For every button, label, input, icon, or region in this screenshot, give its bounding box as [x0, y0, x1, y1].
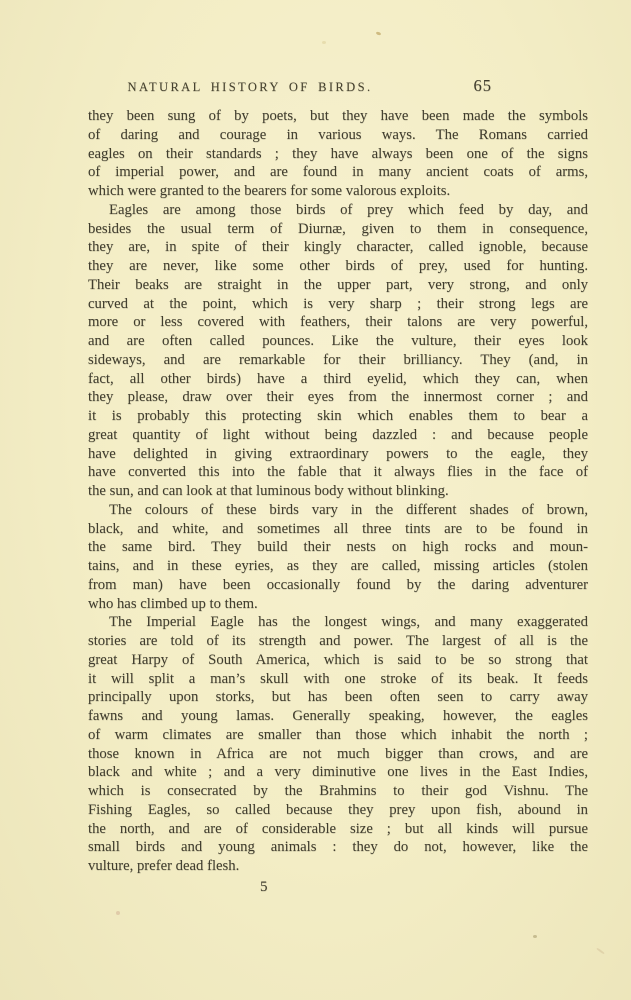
- paper-speck: [322, 41, 326, 44]
- text-line: besides the usual term of Diurnæ, given …: [88, 220, 588, 239]
- text-line: of warm climates are smaller than those …: [88, 726, 588, 745]
- text-line: they are never, like some other birds of…: [88, 257, 588, 276]
- text-line: small birds and young animals : they do …: [88, 838, 588, 857]
- text-line: of imperial power, and are found in many…: [88, 163, 588, 182]
- text-line: principally upon storks, but has been of…: [88, 688, 588, 707]
- text-line: they please, draw over their eyes from t…: [88, 388, 588, 407]
- page-number: 65: [474, 76, 493, 96]
- paragraph: The Imperial Eagle has the longest wings…: [88, 613, 588, 876]
- text-line: of daring and courage in various ways. T…: [88, 126, 588, 145]
- text-line: black, and white, and sometimes all thre…: [88, 520, 588, 539]
- text-line: from man) have been occasionally found b…: [88, 576, 588, 595]
- text-line: Their beaks are straight in the upper pa…: [88, 276, 588, 295]
- text-line: eagles on their standards ; they have al…: [88, 145, 588, 164]
- book-page-scan: NATURAL HISTORY OF BIRDS. 65 they been s…: [0, 0, 631, 1000]
- text-line: it will split a man’s skull with one str…: [88, 670, 588, 689]
- paragraph: they been sung of by poets, but they hav…: [88, 107, 588, 201]
- text-line: great quantity of light without being da…: [88, 426, 588, 445]
- paper-speck: [116, 911, 120, 915]
- text-line: more or less covered with feathers, thei…: [88, 313, 588, 332]
- text-line: the same bird. They build their nests on…: [88, 538, 588, 557]
- text-line: great Harpy of South America, which is s…: [88, 651, 588, 670]
- text-line: sideways, and are remarkable for their b…: [88, 351, 588, 370]
- text-line: those known in Africa are not much bigge…: [88, 745, 588, 764]
- text-line: black and white ; and a very diminutive …: [88, 763, 588, 782]
- text-line: the sun, and can look at that luminous b…: [88, 482, 588, 501]
- running-title: NATURAL HISTORY OF BIRDS.: [0, 80, 500, 95]
- text-line: stories are told of its strength and pow…: [88, 632, 588, 651]
- paper-speck: [596, 948, 605, 955]
- text-line: have delighted in giving extraordinary p…: [88, 445, 588, 464]
- text-line: which is consecrated by the Brahmins to …: [88, 782, 588, 801]
- paper-speck: [533, 935, 537, 938]
- paragraph: Eagles are among those birds of prey whi…: [88, 201, 588, 501]
- text-line: tains, and in these eyries, as they are …: [88, 557, 588, 576]
- text-line: which were granted to the bearers for so…: [88, 182, 588, 201]
- text-line: fawns and young lamas. Generally speakin…: [88, 707, 588, 726]
- text-line: they are, in spite of their kingly chara…: [88, 238, 588, 257]
- text-line: the north, and are of considerable size …: [88, 820, 588, 839]
- text-line: fact, all other birds) have a third eyel…: [88, 370, 588, 389]
- running-head: NATURAL HISTORY OF BIRDS. 65: [0, 80, 500, 98]
- paragraph: The colours of these birds vary in the d…: [88, 501, 588, 614]
- signature-mark: 5: [260, 879, 268, 896]
- text-line: curved at the point, which is very sharp…: [88, 295, 588, 314]
- text-line: Eagles are among those birds of prey whi…: [88, 201, 588, 220]
- text-line: The colours of these birds vary in the d…: [88, 501, 588, 520]
- text-line: have converted this into the fable that …: [88, 463, 588, 482]
- text-line: it is probably this protecting skin whic…: [88, 407, 588, 426]
- text-line: Fishing Eagles, so called because they p…: [88, 801, 588, 820]
- text-line: they been sung of by poets, but they hav…: [88, 107, 588, 126]
- text-line: The Imperial Eagle has the longest wings…: [88, 613, 588, 632]
- text-body: they been sung of by poets, but they hav…: [88, 107, 588, 876]
- text-line: and are often called pounces. Like the v…: [88, 332, 588, 351]
- paper-speck: [376, 31, 382, 36]
- text-line: vulture, prefer dead flesh.: [88, 857, 588, 876]
- text-line: who has climbed up to them.: [88, 595, 588, 614]
